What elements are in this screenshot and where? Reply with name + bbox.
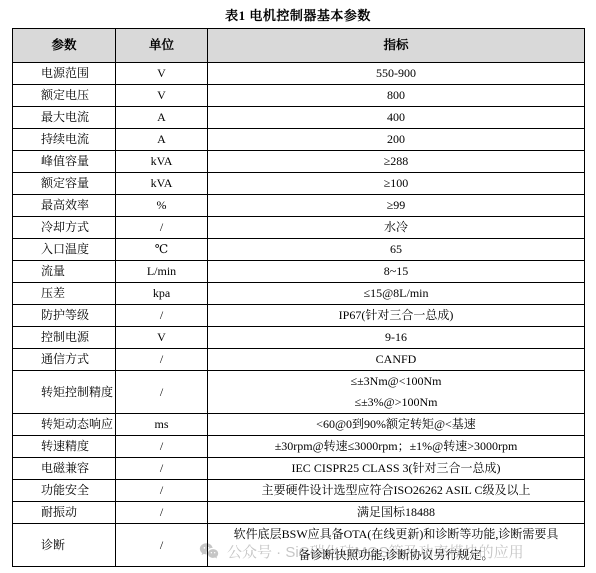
unit-cell: / <box>116 524 208 567</box>
value-cell: 550-900 <box>208 63 585 85</box>
value-cell: ≤15@8L/min <box>208 283 585 305</box>
table-row-continuous-current: 持续电流 A 200 <box>13 129 585 151</box>
param-cell: 诊断 <box>13 524 116 567</box>
unit-cell: ℃ <box>116 239 208 261</box>
param-cell: 转矩控制精度 <box>13 371 116 414</box>
parameters-table: 参数 单位 指标 电源范围 V 550-900 额定电压 V 800 最大电流 … <box>12 28 585 567</box>
value-cell: ≥288 <box>208 151 585 173</box>
header-cell-param: 参数 <box>13 29 116 63</box>
unit-cell: / <box>116 305 208 327</box>
unit-cell: / <box>116 436 208 458</box>
table-row-control-power: 控制电源 V 9-16 <box>13 327 585 349</box>
param-cell: 功能安全 <box>13 480 116 502</box>
value-cell: IEC CISPR25 CLASS 3(针对三合一总成) <box>208 458 585 480</box>
param-cell: 流量 <box>13 261 116 283</box>
table-row-speed-accuracy: 转速精度 / ±30rpm@转速≤3000rpm；±1%@转速>3000rpm <box>13 436 585 458</box>
table-row-emc: 电磁兼容 / IEC CISPR25 CLASS 3(针对三合一总成) <box>13 458 585 480</box>
value-line: ≤±3%@>100Nm <box>208 392 584 413</box>
unit-cell: kVA <box>116 151 208 173</box>
table-row-power-range: 电源范围 V 550-900 <box>13 63 585 85</box>
table-row-pressure-drop: 压差 kpa ≤15@8L/min <box>13 283 585 305</box>
param-cell: 入口温度 <box>13 239 116 261</box>
unit-cell: kpa <box>116 283 208 305</box>
param-cell: 电磁兼容 <box>13 458 116 480</box>
value-cell: 400 <box>208 107 585 129</box>
value-cell: 200 <box>208 129 585 151</box>
value-cell: 软件底层BSW应具备OTA(在线更新)和诊断等功能,诊断需要具 备诊断快照功能,… <box>208 524 585 567</box>
param-cell: 防护等级 <box>13 305 116 327</box>
unit-cell: A <box>116 107 208 129</box>
param-cell: 控制电源 <box>13 327 116 349</box>
param-cell: 最高效率 <box>13 195 116 217</box>
param-cell: 通信方式 <box>13 349 116 371</box>
unit-cell: V <box>116 85 208 107</box>
param-cell: 冷却方式 <box>13 217 116 239</box>
value-cell: 9-16 <box>208 327 585 349</box>
unit-cell: A <box>116 129 208 151</box>
header-cell-spec: 指标 <box>208 29 585 63</box>
value-cell: 主要硬件设计选型应符合ISO26262 ASIL C级及以上 <box>208 480 585 502</box>
value-cell: 800 <box>208 85 585 107</box>
table-row-flow-rate: 流量 L/min 8~15 <box>13 261 585 283</box>
unit-cell: / <box>116 217 208 239</box>
value-cell: 65 <box>208 239 585 261</box>
table-row-torque-control-accuracy: 转矩控制精度 / ≤±3Nm@<100Nm ≤±3%@>100Nm <box>13 371 585 414</box>
header-cell-unit: 单位 <box>116 29 208 63</box>
table-caption: 表1 电机控制器基本参数 <box>0 5 596 24</box>
value-cell: ≥100 <box>208 173 585 195</box>
value-cell: 满足国标18488 <box>208 502 585 524</box>
param-cell: 转矩动态响应 <box>13 414 116 436</box>
value-line: 软件底层BSW应具备OTA(在线更新)和诊断等功能,诊断需要具 <box>208 524 584 545</box>
param-cell: 额定容量 <box>13 173 116 195</box>
value-cell: ≥99 <box>208 195 585 217</box>
table-row-ip-rating: 防护等级 / IP67(针对三合一总成) <box>13 305 585 327</box>
value-cell: IP67(针对三合一总成) <box>208 305 585 327</box>
param-cell: 最大电流 <box>13 107 116 129</box>
table-row-functional-safety: 功能安全 / 主要硬件设计选型应符合ISO26262 ASIL C级及以上 <box>13 480 585 502</box>
unit-cell: / <box>116 371 208 414</box>
value-line: 备诊断快照功能,诊断协议另行规定。 <box>208 545 584 566</box>
value-cell: CANFD <box>208 349 585 371</box>
unit-cell: L/min <box>116 261 208 283</box>
value-cell: ≤±3Nm@<100Nm ≤±3%@>100Nm <box>208 371 585 414</box>
unit-cell: / <box>116 458 208 480</box>
unit-cell: / <box>116 349 208 371</box>
table-row-diagnostics: 诊断 / 软件底层BSW应具备OTA(在线更新)和诊断等功能,诊断需要具 备诊断… <box>13 524 585 567</box>
table-row-inlet-temperature: 入口温度 ℃ 65 <box>13 239 585 261</box>
table-row-peak-capacity: 峰值容量 kVA ≥288 <box>13 151 585 173</box>
param-cell: 额定电压 <box>13 85 116 107</box>
param-cell: 转速精度 <box>13 436 116 458</box>
unit-cell: V <box>116 327 208 349</box>
value-line: ≤±3Nm@<100Nm <box>208 371 584 392</box>
table-row-torque-dynamic-response: 转矩动态响应 ms <60@0到90%额定转矩@<基速 <box>13 414 585 436</box>
param-cell: 耐振动 <box>13 502 116 524</box>
table-row-cooling-method: 冷却方式 / 水冷 <box>13 217 585 239</box>
unit-cell: kVA <box>116 173 208 195</box>
param-cell: 电源范围 <box>13 63 116 85</box>
unit-cell: % <box>116 195 208 217</box>
param-cell: 持续电流 <box>13 129 116 151</box>
param-cell: 峰值容量 <box>13 151 116 173</box>
table-row-rated-voltage: 额定电压 V 800 <box>13 85 585 107</box>
unit-cell: / <box>116 502 208 524</box>
table-row-vibration-resistance: 耐振动 / 满足国标18488 <box>13 502 585 524</box>
value-cell: <60@0到90%额定转矩@<基速 <box>208 414 585 436</box>
unit-cell: V <box>116 63 208 85</box>
table-row-max-current: 最大电流 A 400 <box>13 107 585 129</box>
unit-cell: ms <box>116 414 208 436</box>
value-cell: 水冷 <box>208 217 585 239</box>
header-row: 参数 单位 指标 <box>13 29 585 63</box>
table-row-communication: 通信方式 / CANFD <box>13 349 585 371</box>
table-row-rated-capacity: 额定容量 kVA ≥100 <box>13 173 585 195</box>
param-cell: 压差 <box>13 283 116 305</box>
value-cell: 8~15 <box>208 261 585 283</box>
value-cell: ±30rpm@转速≤3000rpm；±1%@转速>3000rpm <box>208 436 585 458</box>
unit-cell: / <box>116 480 208 502</box>
table-row-max-efficiency: 最高效率 % ≥99 <box>13 195 585 217</box>
